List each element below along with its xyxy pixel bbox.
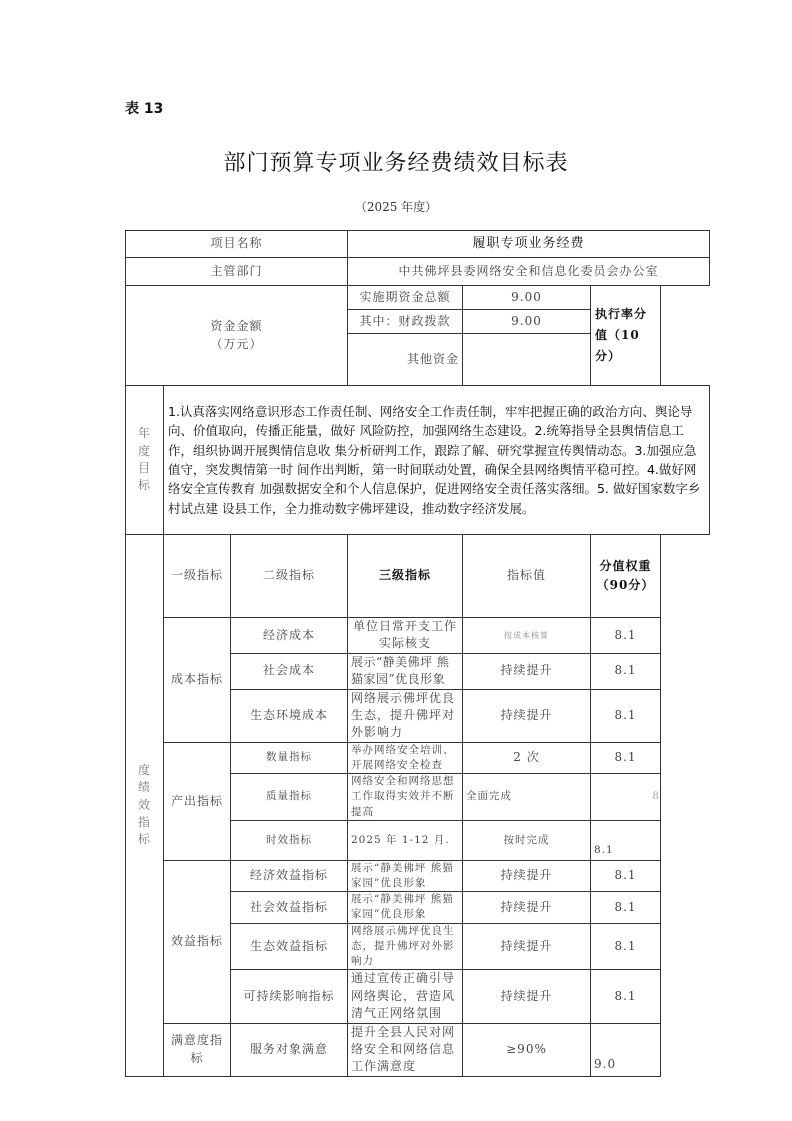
weight-cell: 8	[591, 774, 661, 821]
value-cell: 持续提升	[463, 892, 591, 923]
document-title: 部门预算专项业务经费绩效目标表	[0, 146, 792, 177]
funds-fiscal-value: 9.00	[463, 310, 591, 334]
indicator-header-row: 度绩效指标 一级指标 二级指标 三级指标 指标值 分值权重（90分）	[126, 535, 710, 618]
level2-cell: 服务对象满意	[231, 1023, 348, 1076]
value-cell: 持续提升	[463, 689, 591, 742]
level2-cell: 社会成本	[231, 653, 348, 689]
level2-cell: 时效指标	[231, 820, 348, 860]
exec-score-label: 执行率分值（10分）	[591, 286, 661, 386]
value-cell: ≥90%	[463, 1023, 591, 1076]
level3-cell: 举办网络安全培训、开展网络安全检查	[348, 742, 463, 773]
weight-cell: 8.1	[591, 892, 661, 923]
weight-cell: 9.0	[591, 1023, 661, 1076]
level3-cell: 网络展示佛坪优良生态，提升佛坪对外影响力	[348, 923, 463, 970]
level2-cell: 生态效益指标	[231, 923, 348, 970]
indicator-section-label: 度绩效指标	[126, 535, 164, 1077]
project-name-label: 项目名称	[126, 231, 348, 258]
funds-other-label: 其他资金	[348, 334, 463, 386]
department-value: 中共佛坪县委网络安全和信息化委员会办公室	[348, 258, 710, 286]
level3-cell: 通过宣传正确引导网络舆论，营造风清气正网络氛围	[348, 970, 463, 1023]
indicator-row: 效益指标 经济效益指标 展示“静美佛坪 熊猫家园”优良形象 持续提升 8.1	[126, 860, 710, 891]
weight-cell: 8.1	[591, 742, 661, 773]
funds-other-value	[463, 334, 591, 386]
value-cell: 按时完成	[463, 820, 591, 860]
weight-cell: 8.1	[591, 618, 661, 654]
value-cell: 按成本核算	[463, 618, 591, 654]
document-subtitle: （2025 年度）	[0, 198, 792, 215]
funds-label-line1: 资金金额	[129, 318, 344, 335]
level3-cell: 展示“静美佛坪 熊猫家园”优良形象	[348, 653, 463, 689]
level3-cell: 单位日常开支工作实际核支	[348, 618, 463, 654]
indicator-row: 满意度指标 服务对象满意 提升全县人民对网络安全和网络信息工作满意度 ≥90% …	[126, 1023, 710, 1076]
value-cell: 持续提升	[463, 653, 591, 689]
level2-cell: 社会效益指标	[231, 892, 348, 923]
annual-goal-text: 1.认真落实网络意识形态工作责任制、网络安全工作责任制，牢牢把握正确的政治方向、…	[164, 386, 710, 535]
value-cell: 全面完成	[463, 774, 591, 821]
level3-cell: 网络安全和网络思想工作取得实效并不断提高	[348, 774, 463, 821]
value-cell: 持续提升	[463, 970, 591, 1023]
level1-cost: 成本指标	[164, 618, 231, 743]
header-weight: 分值权重（90分）	[591, 535, 661, 618]
annual-goal-row: 年度目标 1.认真落实网络意识形态工作责任制、网络安全工作责任制，牢牢把握正确的…	[126, 386, 710, 535]
weight-cell: 8.1	[591, 653, 661, 689]
weight-cell: 8.1	[591, 820, 661, 860]
weight-cell: 8.1	[591, 689, 661, 742]
indicator-row: 成本指标 经济成本 单位日常开支工作实际核支 按成本核算 8.1	[126, 618, 710, 654]
level2-cell: 质量指标	[231, 774, 348, 821]
level1-satisfaction: 满意度指标	[164, 1023, 231, 1076]
table-number-label: 表 13	[125, 98, 163, 118]
value-cell: 持续提升	[463, 923, 591, 970]
funds-fiscal-label: 其中：财政拨款	[348, 310, 463, 334]
level3-cell: 网络展示佛坪优良生态，提升佛坪对外影响力	[348, 689, 463, 742]
value-cell: 2 次	[463, 742, 591, 773]
level2-cell: 经济成本	[231, 618, 348, 654]
weight-cell: 8.1	[591, 970, 661, 1023]
level2-cell: 数量指标	[231, 742, 348, 773]
funds-label-line2: （万元）	[129, 336, 344, 353]
level2-cell: 生态环境成本	[231, 689, 348, 742]
funds-total-label: 实施期资金总额	[348, 286, 463, 310]
department-label: 主管部门	[126, 258, 348, 286]
funds-total-row: 资金金额 （万元） 实施期资金总额 9.00 执行率分值（10分）	[126, 286, 710, 310]
indicator-row: 产出指标 数量指标 举办网络安全培训、开展网络安全检查 2 次 8.1	[126, 742, 710, 773]
level3-cell: 提升全县人民对网络安全和网络信息工作满意度	[348, 1023, 463, 1076]
level3-cell: 展示“静美佛坪 熊猫家园”优良形象	[348, 892, 463, 923]
performance-goal-table: 项目名称 履职专项业务经费 主管部门 中共佛坪县委网络安全和信息化委员会办公室 …	[125, 230, 710, 1077]
project-name-row: 项目名称 履职专项业务经费	[126, 231, 710, 258]
funds-total-value: 9.00	[463, 286, 591, 310]
weight-cell: 8.1	[591, 860, 661, 891]
level3-cell: 2025 年 1-12 月.	[348, 820, 463, 860]
level2-cell: 可持续影响指标	[231, 970, 348, 1023]
level2-cell: 经济效益指标	[231, 860, 348, 891]
header-level1: 一级指标	[164, 535, 231, 618]
annual-goal-label: 年度目标	[126, 386, 164, 535]
header-value: 指标值	[463, 535, 591, 618]
level1-output: 产出指标	[164, 742, 231, 860]
header-level3: 三级指标	[348, 535, 463, 618]
department-row: 主管部门 中共佛坪县委网络安全和信息化委员会办公室	[126, 258, 710, 286]
level1-benefit: 效益指标	[164, 860, 231, 1023]
header-level2: 二级指标	[231, 535, 348, 618]
project-name-value: 履职专项业务经费	[348, 231, 710, 258]
funds-label: 资金金额 （万元）	[126, 286, 348, 386]
level3-cell: 展示“静美佛坪 熊猫家园”优良形象	[348, 860, 463, 891]
value-cell: 持续提升	[463, 860, 591, 891]
weight-cell: 8.1	[591, 923, 661, 970]
